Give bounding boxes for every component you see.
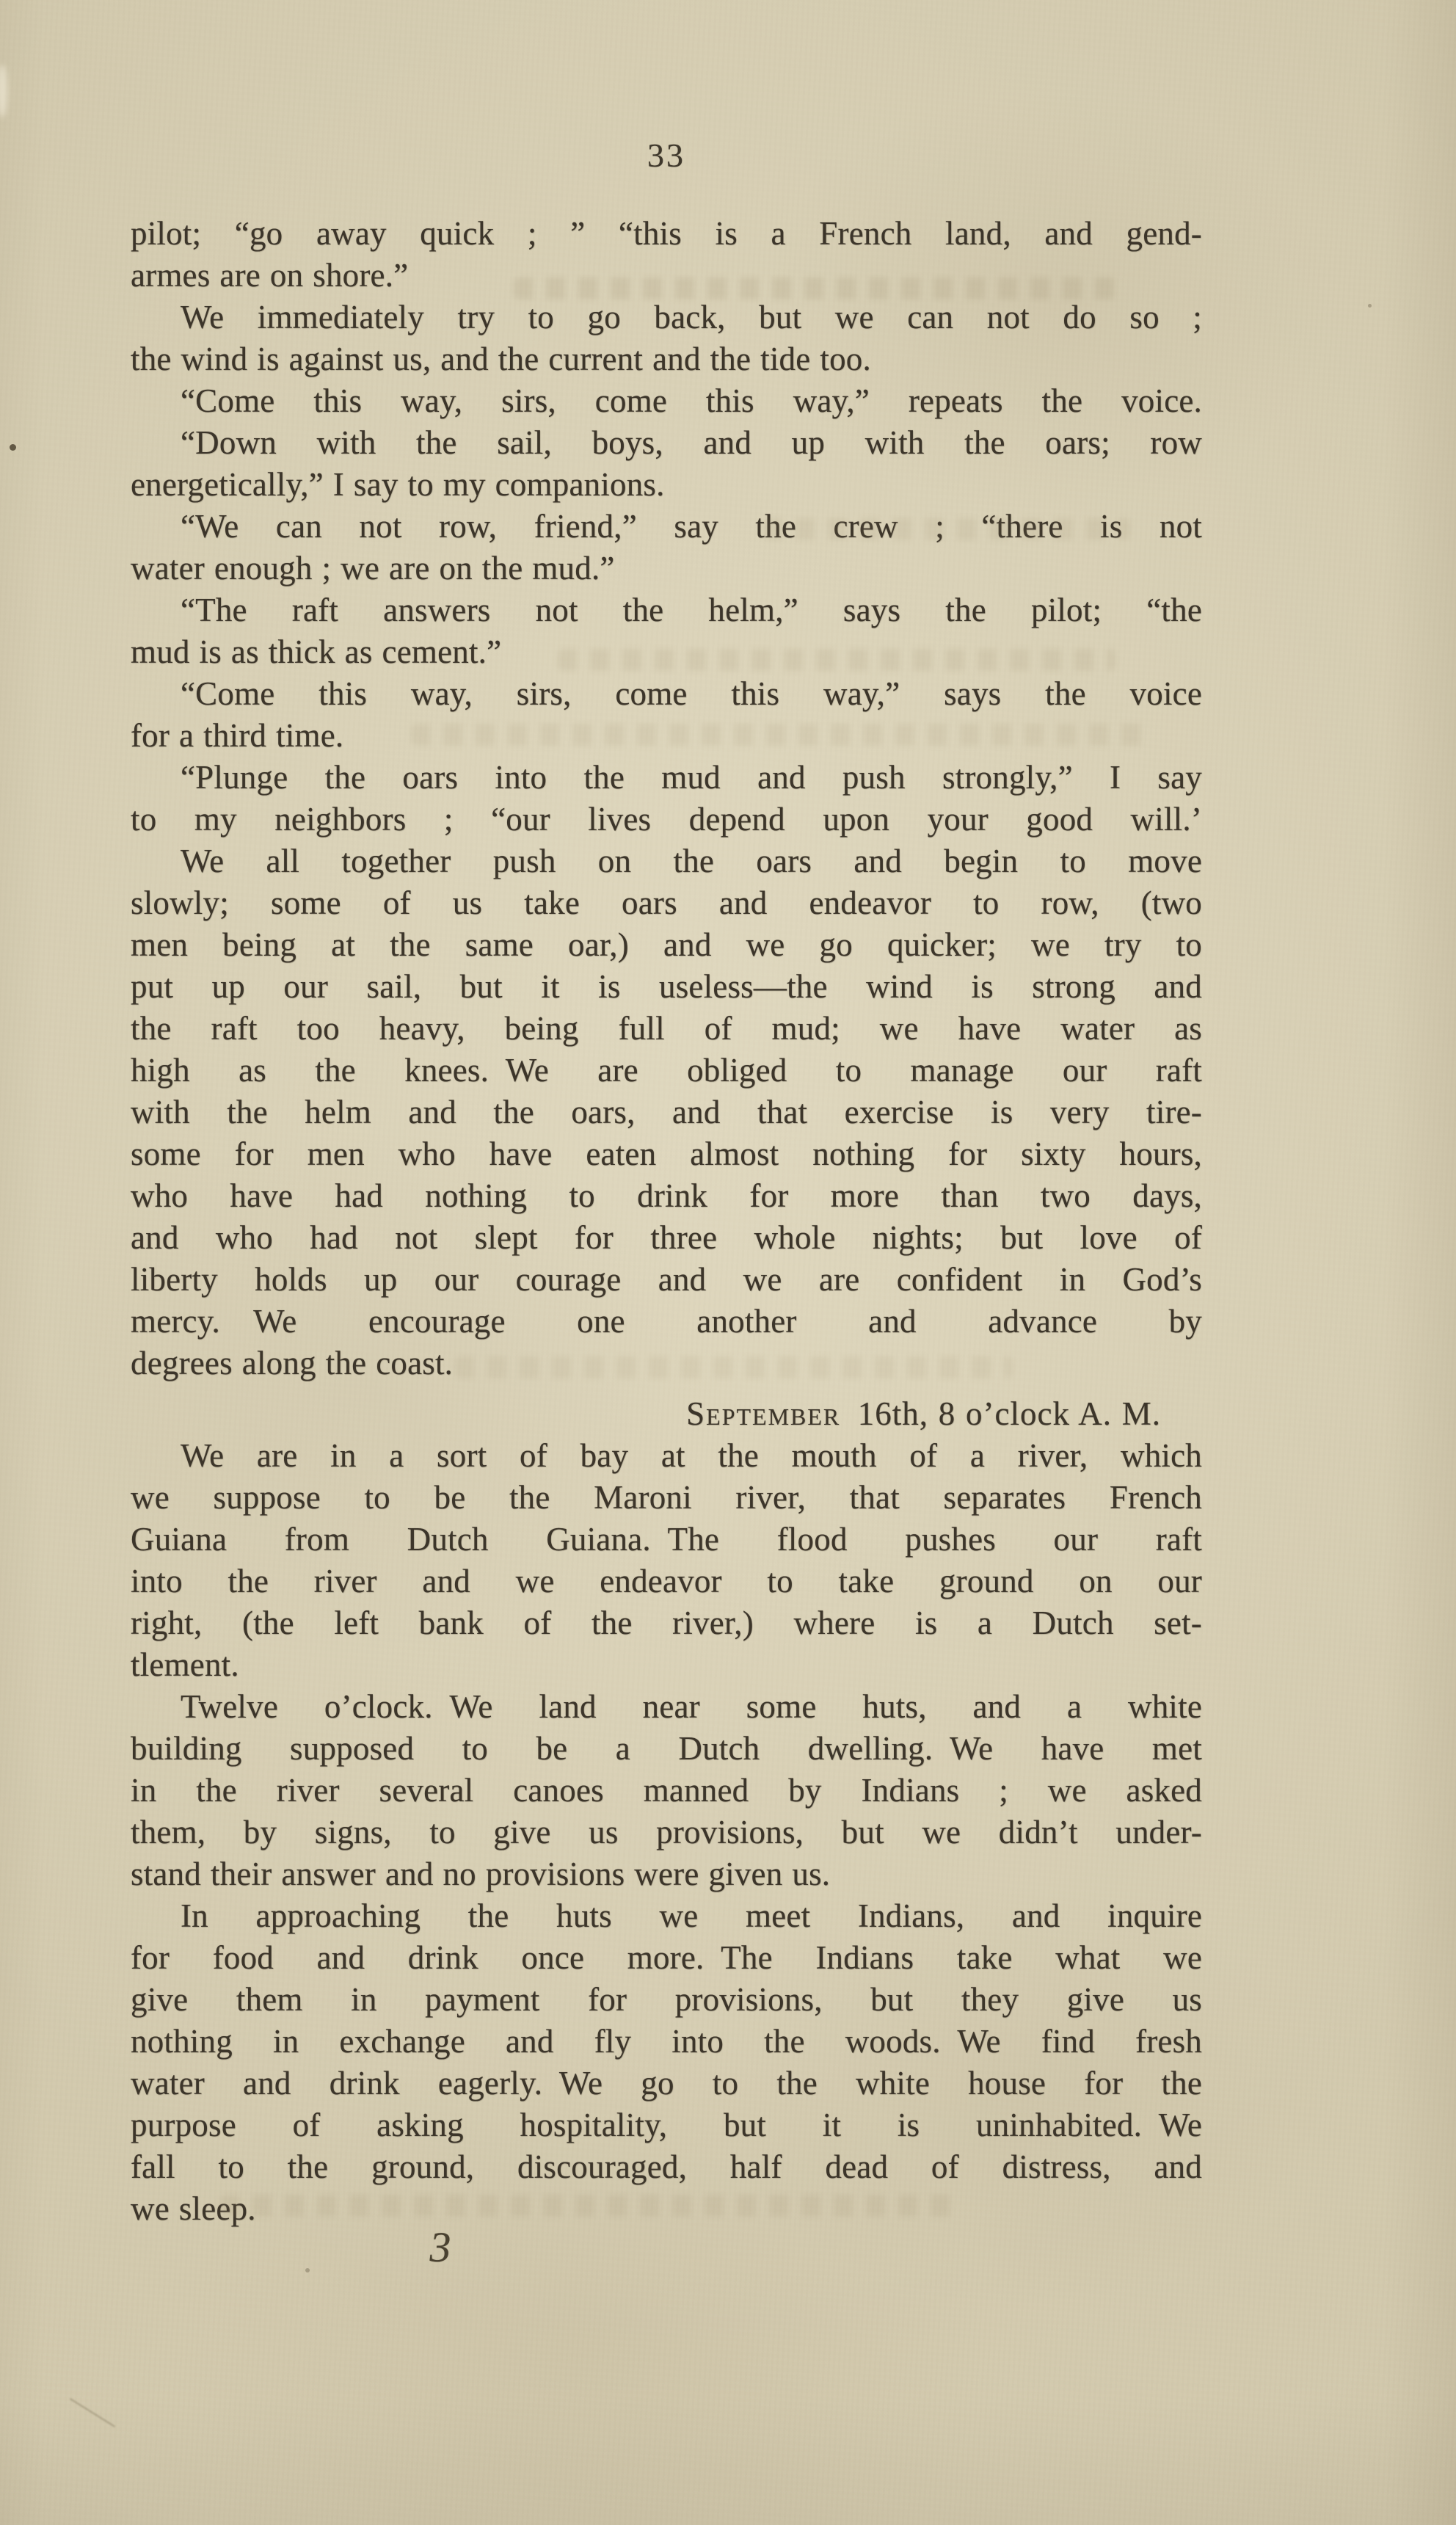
text-line: who have had nothing to drink for more t… <box>131 1175 1202 1217</box>
text-line: Twelve o’clock. We land near some huts, … <box>131 1686 1202 1728</box>
text-line: stand their answer and no provisions wer… <box>131 1853 1202 1895</box>
ink-bleedthrough <box>514 277 1115 299</box>
text-line: “Come this way, sirs, come this way,” sa… <box>131 673 1202 715</box>
text-line: water enough ; we are on the mud.” <box>131 548 1202 589</box>
text-line: “Plunge the oars into the mud and push s… <box>131 757 1202 799</box>
signature-mark: 3 <box>316 2223 565 2272</box>
text-line: water and drink eagerly. We go to the wh… <box>131 2063 1202 2104</box>
dateline-time: 16th, 8 o’clock A. M. <box>840 1395 1161 1432</box>
dateline-month: September <box>686 1395 840 1432</box>
text-line: Guiana from Dutch Guiana. The flood push… <box>131 1519 1202 1561</box>
text-line: slowly; some of us take oars and endeavo… <box>131 882 1202 924</box>
text-line: the raft too heavy, being full of mud; w… <box>131 1008 1202 1050</box>
text-line: them, by signs, to give us provisions, b… <box>131 1812 1202 1853</box>
text-line: energetically,” I say to my companions. <box>131 464 1202 506</box>
text-line: and who had not slept for three whole ni… <box>131 1217 1202 1259</box>
page-number: 33 <box>131 137 1202 175</box>
ink-bleedthrough <box>558 649 1115 671</box>
page-text: pilot; “go away quick ; ” “this is a Fre… <box>131 213 1202 2230</box>
text-line: some for men who have eaten almost nothi… <box>131 1133 1202 1175</box>
text-line: We all together push on the oars and beg… <box>131 840 1202 882</box>
text-line: right, (the left bank of the river,) whe… <box>131 1602 1202 1644</box>
text-line: for food and drink once more. The Indian… <box>131 1937 1202 1979</box>
paper-fiber <box>70 2398 115 2427</box>
ink-bleedthrough <box>763 518 1130 540</box>
text-line: with the helm and the oars, and that exe… <box>131 1091 1202 1133</box>
text-line: liberty holds up our courage and we are … <box>131 1259 1202 1301</box>
ink-speck <box>10 444 16 451</box>
text-line: purpose of asking hospitality, but it is… <box>131 2104 1202 2146</box>
text-line: men being at the same oar,) and we go qu… <box>131 924 1202 966</box>
text-line: “The raft answers not the helm,” says th… <box>131 589 1202 631</box>
text-line: to my neighbors ; “our lives depend upon… <box>131 799 1202 840</box>
text-line: we suppose to be the Maroni river, that … <box>131 1477 1202 1519</box>
book-page-scan: 33 pilot; “go away quick ; ” “this is a … <box>0 0 1456 2525</box>
text-line: in the river several canoes manned by In… <box>131 1770 1202 1812</box>
text-line: We immediately try to go back, but we ca… <box>131 297 1202 338</box>
text-line: tlement. <box>131 1644 1202 1686</box>
text-line: fall to the ground, discouraged, half de… <box>131 2146 1202 2188</box>
text-line: high as the knees. We are obliged to man… <box>131 1050 1202 1091</box>
ink-bleedthrough <box>220 2195 954 2217</box>
text-line: building supposed to be a Dutch dwelling… <box>131 1728 1202 1770</box>
text-line: the wind is against us, and the current … <box>131 338 1202 380</box>
page-edge-highlight <box>0 65 7 117</box>
text-line: We are in a sort of bay at the mouth of … <box>131 1435 1202 1477</box>
text-line: “Down with the sail, boys, and up with t… <box>131 422 1202 464</box>
ink-bleedthrough <box>411 724 1145 746</box>
text-line: nothing in exchange and fly into the woo… <box>131 2021 1202 2063</box>
dateline-heading: September 16th, 8 o’clock A. M. <box>131 1393 1202 1435</box>
text-line: “Come this way, sirs, come this way,” re… <box>131 380 1202 422</box>
text-line: put up our sail, but it is useless—the w… <box>131 966 1202 1008</box>
text-line: In approaching the huts we meet Indians,… <box>131 1895 1202 1937</box>
text-line: mercy. We encourage one another and adva… <box>131 1301 1202 1343</box>
ink-speck <box>305 2268 310 2272</box>
ink-speck <box>1368 304 1372 308</box>
text-line: pilot; “go away quick ; ” “this is a Fre… <box>131 213 1202 255</box>
text-line: give them in payment for provisions, but… <box>131 1979 1202 2021</box>
ink-bleedthrough <box>455 1356 1013 1378</box>
text-line: into the river and we endeavor to take g… <box>131 1561 1202 1602</box>
